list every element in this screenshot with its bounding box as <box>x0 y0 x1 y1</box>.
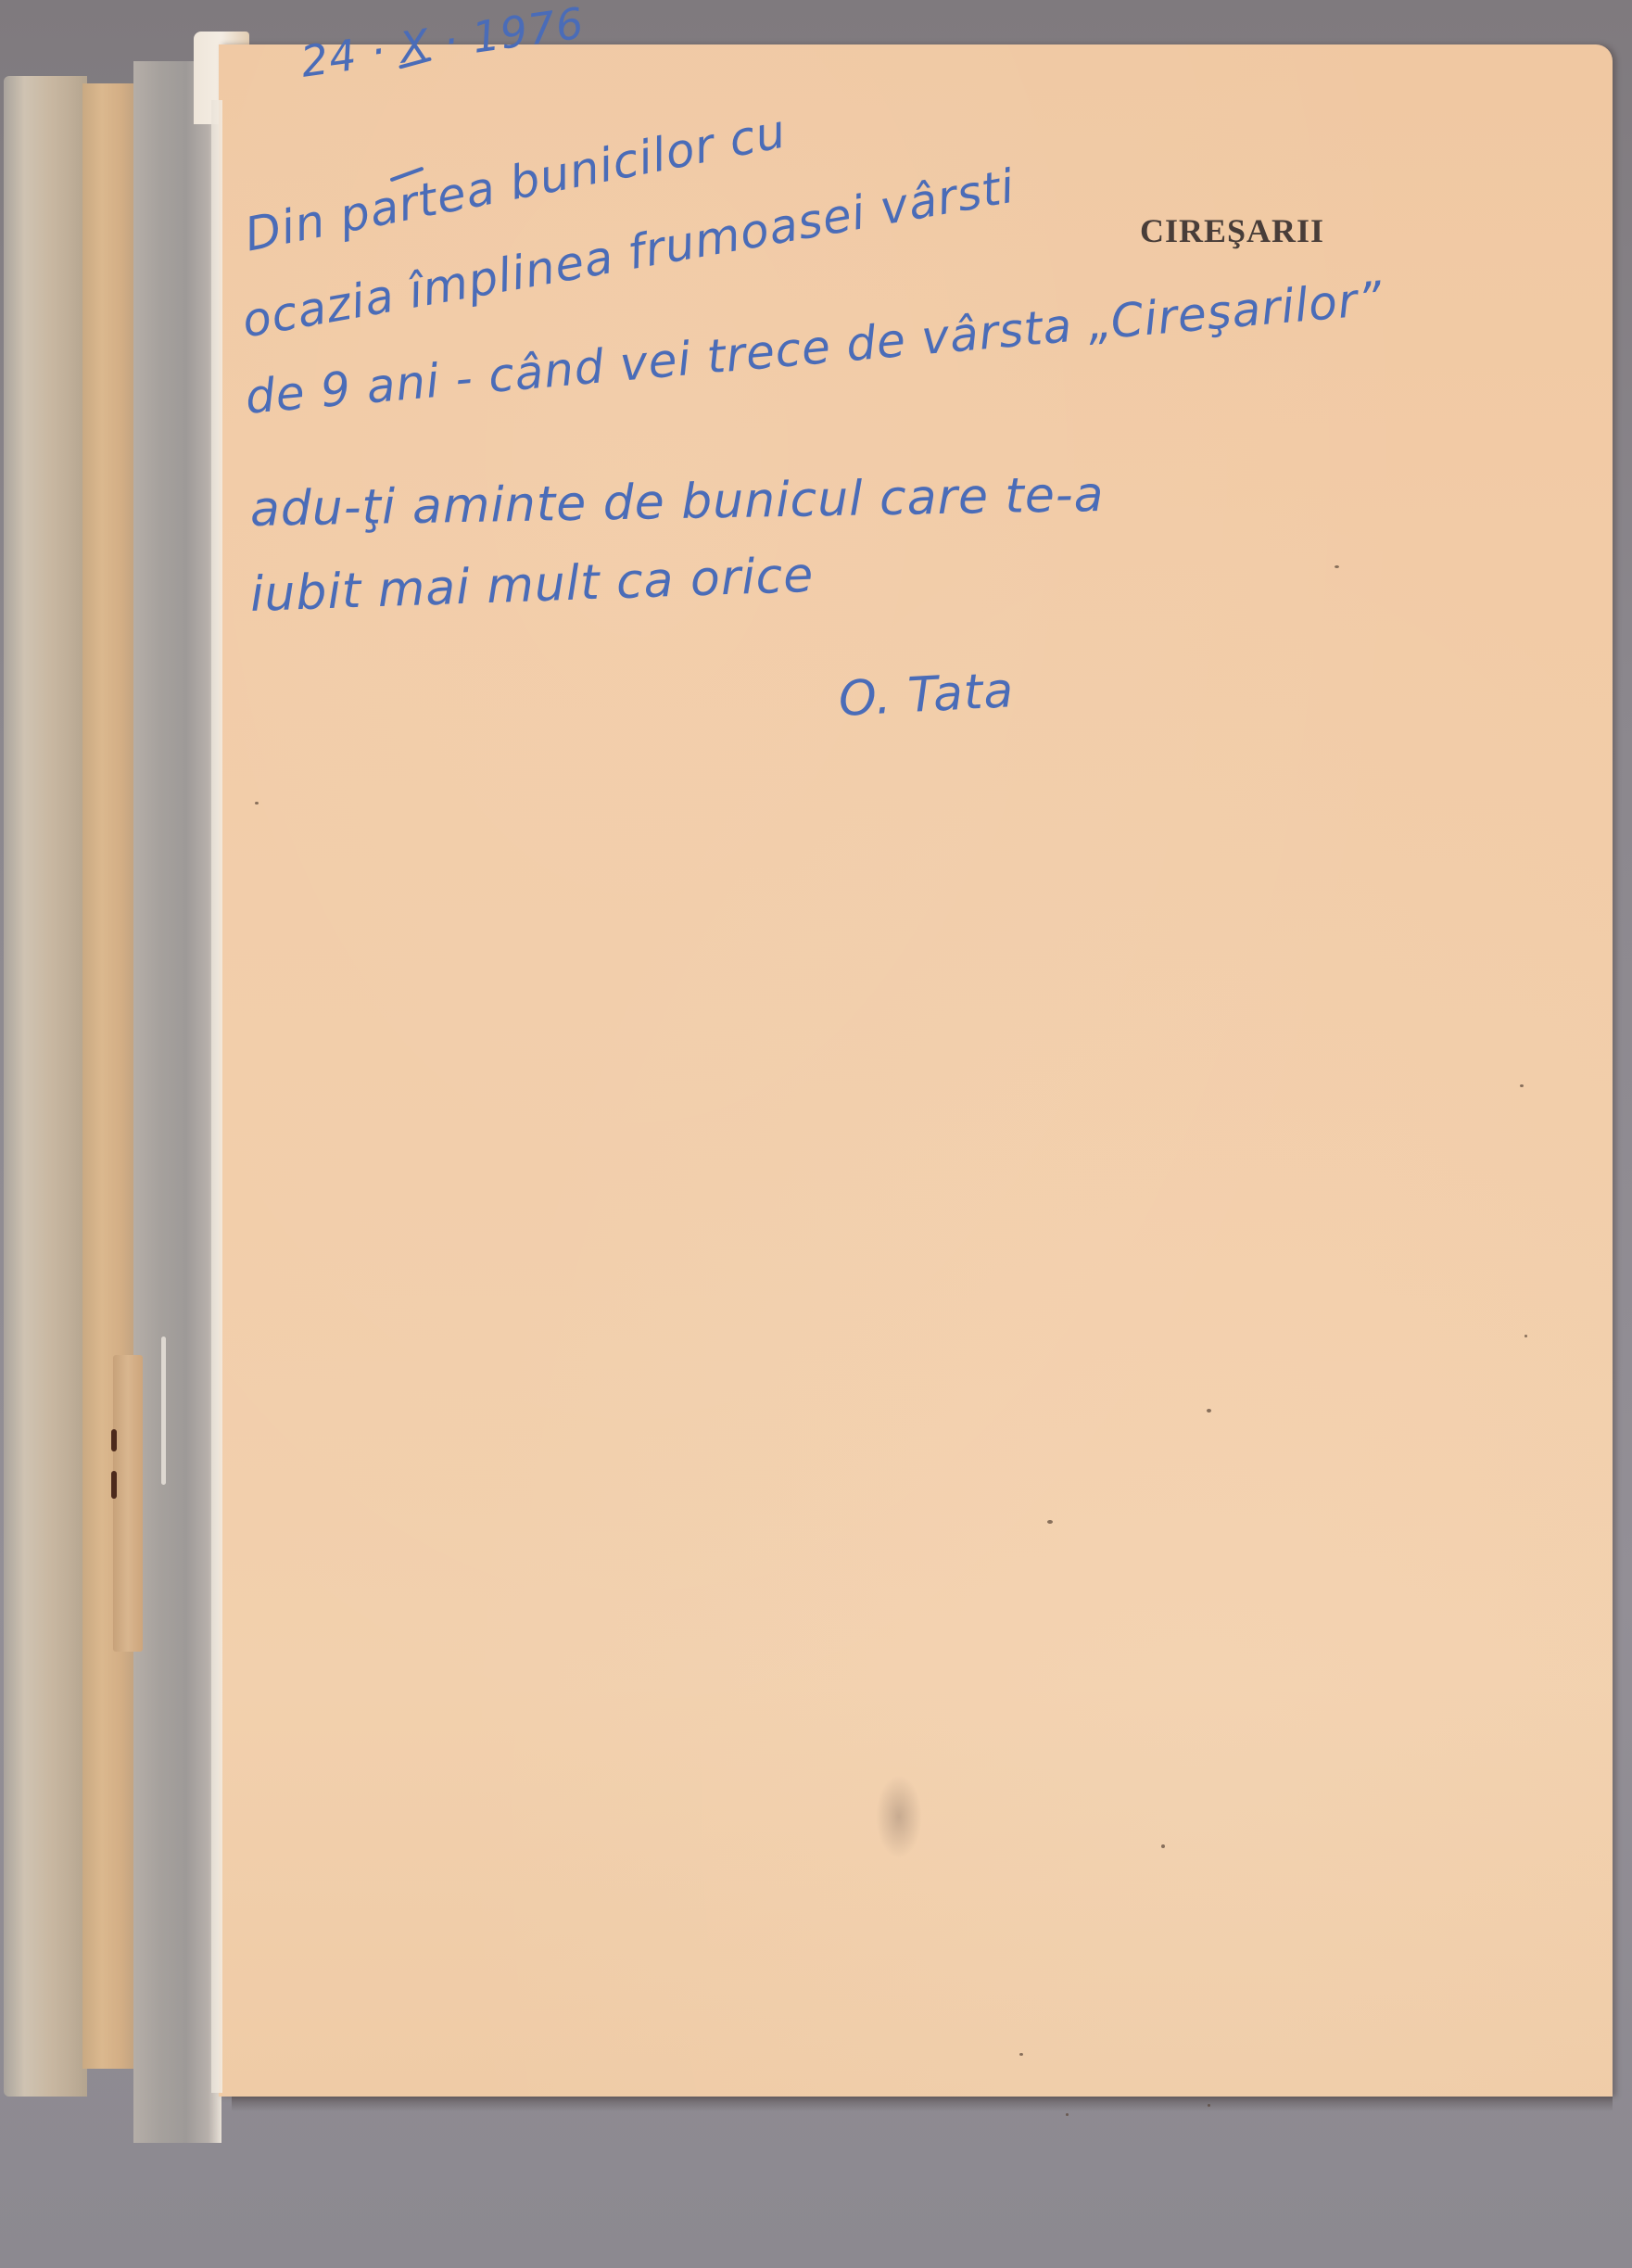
spine-tape-strip <box>113 1355 143 1652</box>
paper-speck <box>1047 1520 1053 1524</box>
paper-speck <box>1524 1335 1527 1337</box>
paper-speck <box>1066 2113 1069 2116</box>
spine-damage-mark <box>111 1429 117 1451</box>
spine-inner-layer <box>133 61 221 2143</box>
page-edge <box>211 100 222 2093</box>
paper-speck <box>1520 1084 1524 1087</box>
paper-speck <box>1019 2053 1023 2056</box>
spine-middle-layer <box>82 83 138 2069</box>
book-spine <box>4 67 231 2171</box>
handwritten-signature: O. Tata <box>837 663 1015 728</box>
spine-outer-cover <box>4 76 87 2097</box>
printed-title: CIREŞARII <box>1140 211 1324 250</box>
paper-speck <box>1161 1844 1165 1848</box>
paper-stain <box>876 1775 922 1858</box>
paper-speck <box>255 802 259 805</box>
paper-speck <box>1335 565 1339 568</box>
paper-speck <box>1207 1409 1211 1413</box>
spine-damage-mark <box>111 1471 117 1499</box>
spine-crease <box>161 1337 166 1485</box>
page-bottom-shadow <box>232 2097 1613 2111</box>
